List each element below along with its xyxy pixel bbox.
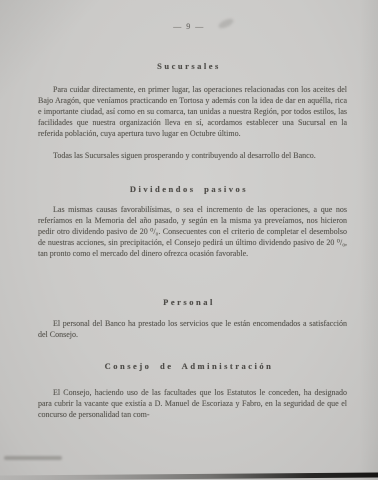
page-number: — 9 — <box>0 22 378 31</box>
section-heading-sucursales: Sucursales <box>0 61 378 71</box>
paragraph-consejo-1: El Consejo, haciendo uso de las facultad… <box>38 387 347 420</box>
paragraph-personal-1: El personal del Banco ha prestado los se… <box>38 318 347 340</box>
scanned-document-page: — 9 — Sucursales Para cuidar directament… <box>0 0 378 480</box>
page-bottom-edge-shadow <box>0 472 378 480</box>
section-heading-dividendos-pasivos: Dividendos pasivos <box>0 184 378 194</box>
paragraph-sucursales-2: Todas las Sucursales siguen prosperando … <box>38 150 347 161</box>
paragraph-dividendos-1: Las mismas causas favorabilísimas, o sea… <box>38 204 347 259</box>
section-heading-consejo-administracion: Consejo de Administración <box>0 361 378 371</box>
scan-smudge-mark <box>4 456 62 460</box>
section-heading-personal: Personal <box>0 297 378 307</box>
paragraph-sucursales-1: Para cuidar directamente, en primer luga… <box>38 84 347 139</box>
